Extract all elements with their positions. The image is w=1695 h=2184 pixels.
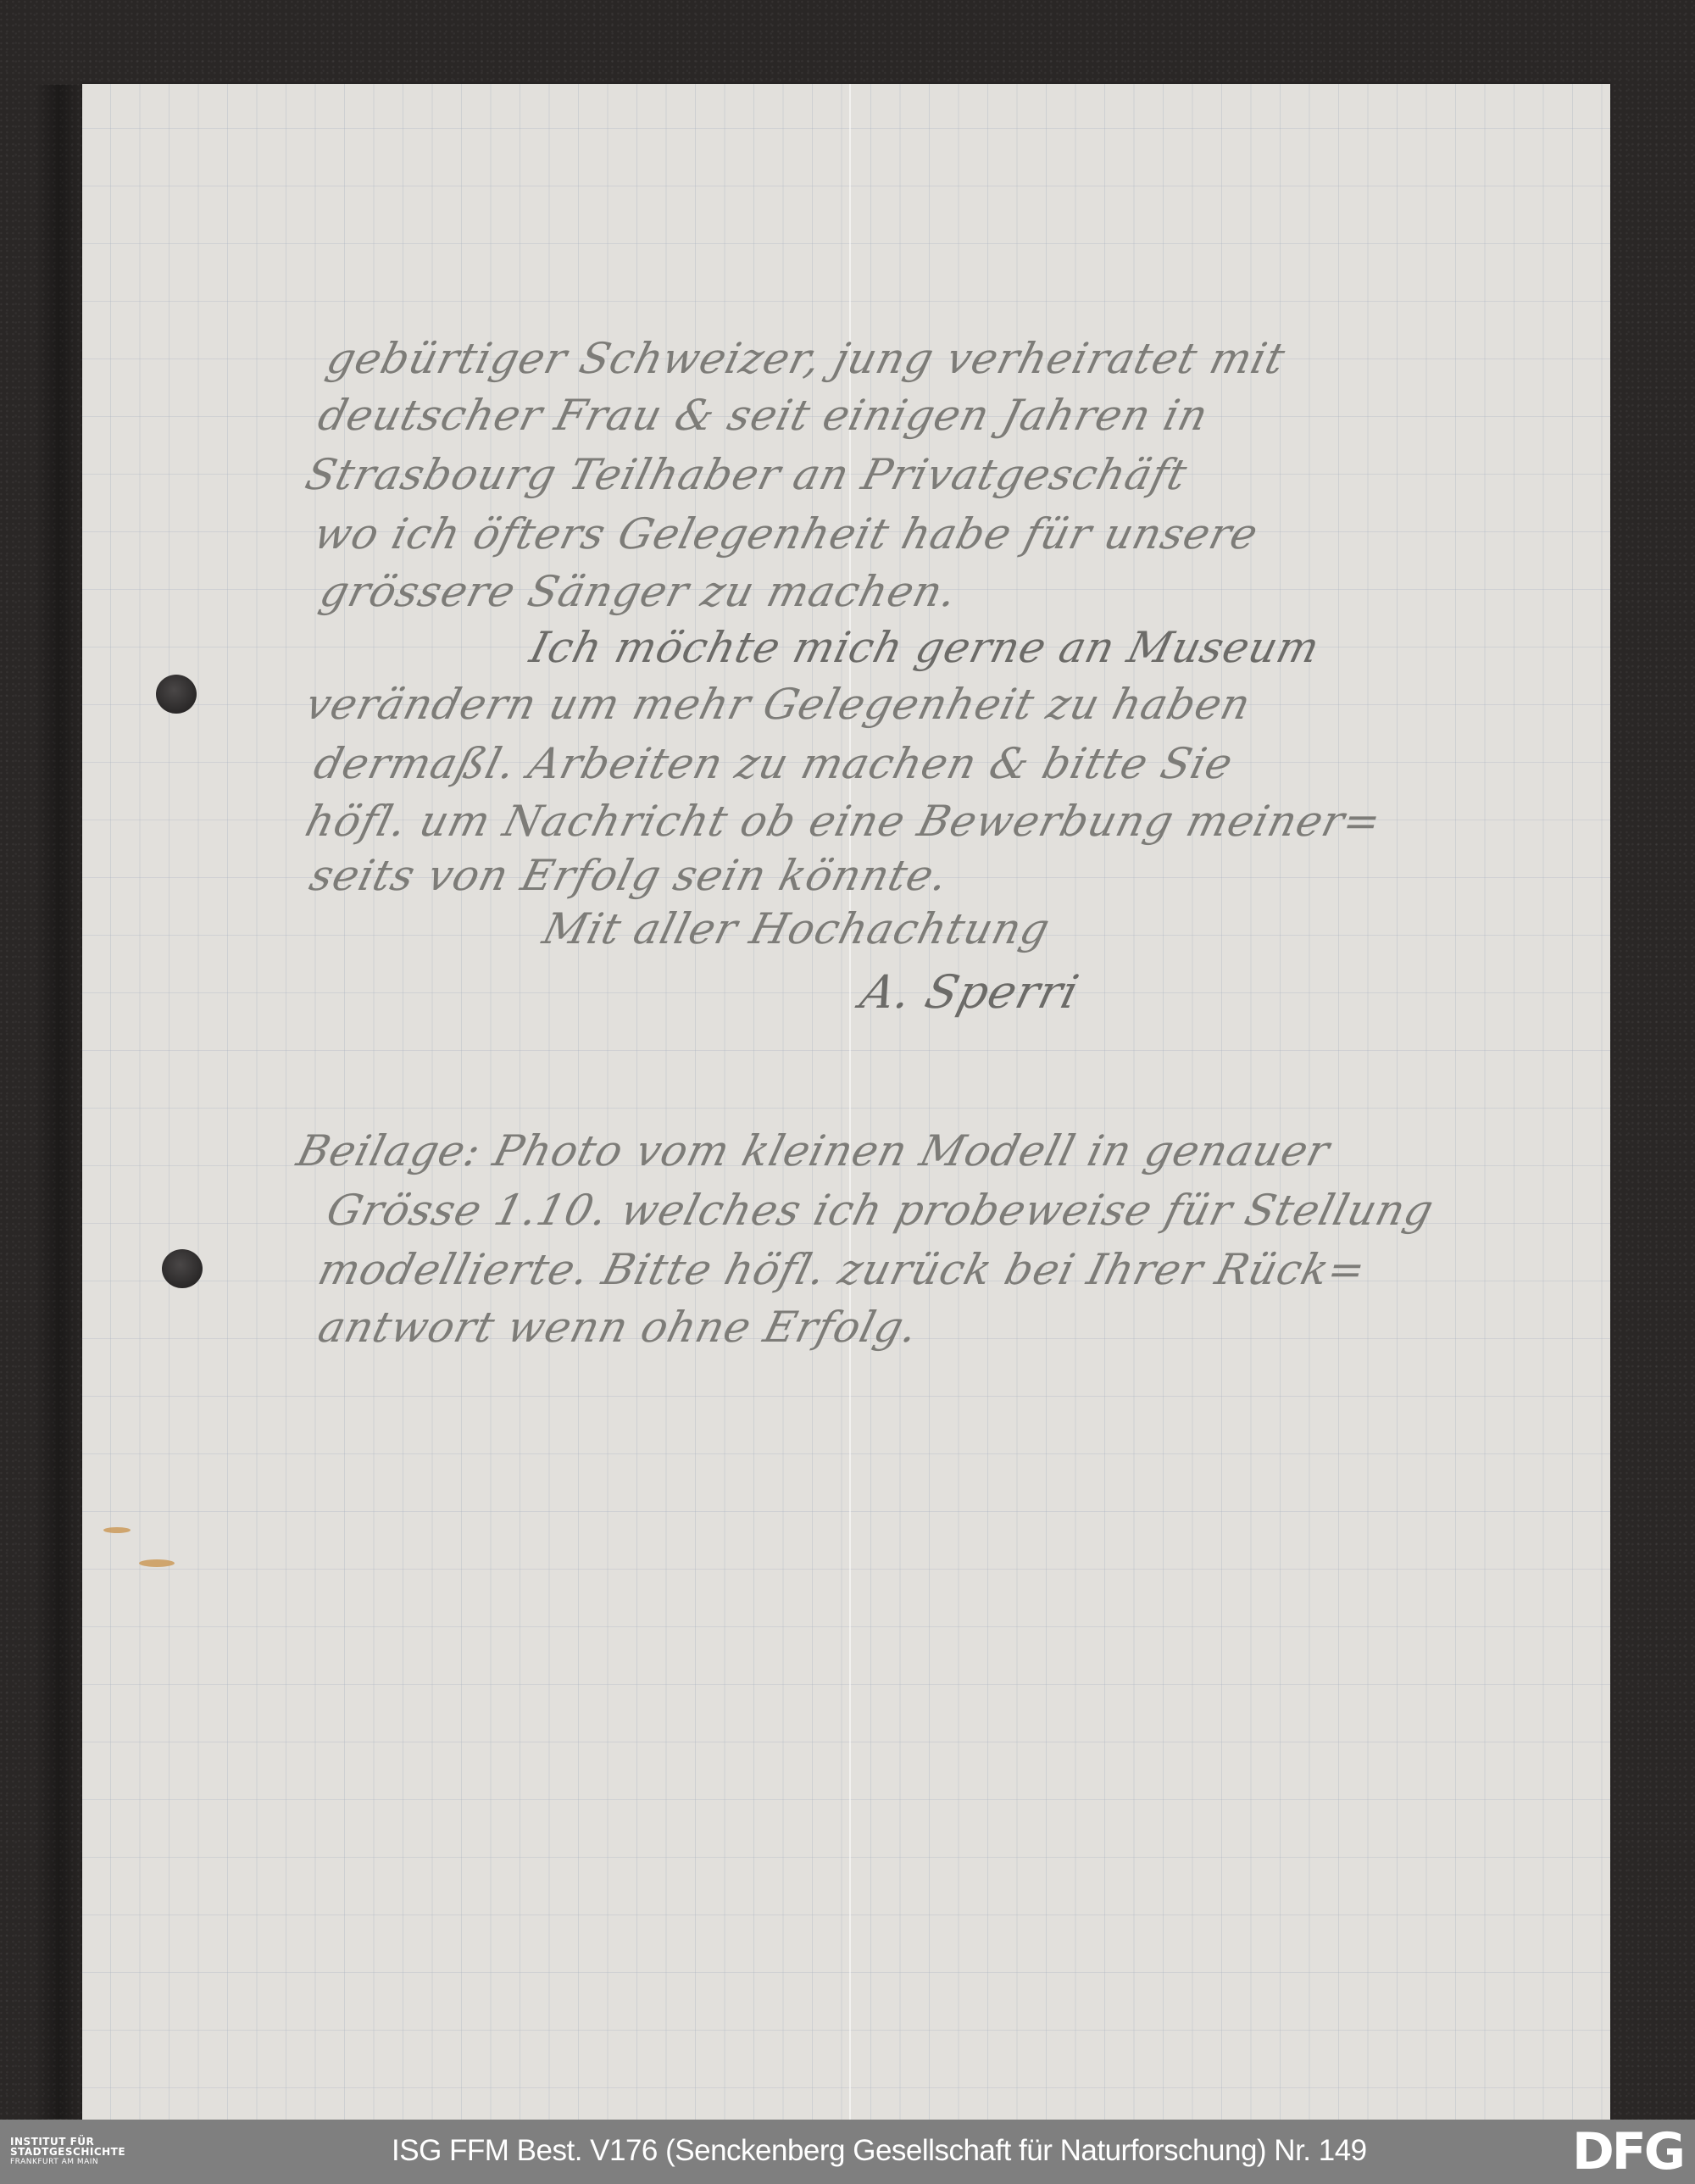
body-line: gebürtiger Schweizer, jung verheiratet m… xyxy=(322,334,1291,383)
backdrop-shadow xyxy=(34,85,85,2119)
letter-page: gebürtiger Schweizer, jung verheiratet m… xyxy=(82,84,1610,2128)
archive-footer-bar: INSTITUT FÜR STADTGESCHICHTE FRANKFURT A… xyxy=(0,2120,1695,2184)
archive-reference-title: ISG FFM Best. V176 (Senckenberg Gesellsc… xyxy=(392,2134,1367,2168)
signature: A. Sperri xyxy=(855,965,1084,1019)
body-line: verändern um mehr Gelegenheit zu haben xyxy=(301,680,1256,729)
body-line: Strasbourg Teilhaber an Privatgeschäft xyxy=(301,450,1192,499)
body-line: dermaßl. Arbeiten zu machen & bitte Sie xyxy=(309,739,1238,788)
punch-hole-bottom xyxy=(162,1249,203,1288)
punch-hole-top xyxy=(156,675,197,714)
closing-line: Mit aller Hochachtung xyxy=(538,904,1055,953)
body-line: seits von Erfolg sein könnte. xyxy=(305,851,953,900)
enclosure-line: Beilage: Photo vom kleinen Modell in gen… xyxy=(292,1126,1336,1175)
enclosure-line: Grösse 1.10. welches ich probeweise für … xyxy=(322,1186,1439,1235)
institute-logo: INSTITUT FÜR STADTGESCHICHTE FRANKFURT A… xyxy=(10,2137,125,2167)
rust-stain xyxy=(139,1559,175,1567)
enclosure-line: modellierte. Bitte höfl. zurück bei Ihre… xyxy=(314,1245,1371,1294)
body-line: höfl. um Nachricht ob eine Bewerbung mei… xyxy=(301,797,1387,846)
body-line: grössere Sänger zu machen. xyxy=(315,567,963,616)
enclosure-line: antwort wenn ohne Erfolg. xyxy=(314,1303,924,1352)
institute-logo-line3: FRANKFURT AM MAIN xyxy=(10,2157,125,2167)
dfg-logo: DFG xyxy=(1572,2128,1683,2176)
body-line: Ich möchte mich gerne an Museum xyxy=(525,623,1325,672)
rust-stain xyxy=(103,1527,131,1533)
body-line: deutscher Frau & seit einigen Jahren in xyxy=(314,391,1214,440)
institute-logo-line2: STADTGESCHICHTE xyxy=(10,2147,125,2157)
body-line: wo ich öfters Gelegenheit habe für unser… xyxy=(309,509,1264,559)
